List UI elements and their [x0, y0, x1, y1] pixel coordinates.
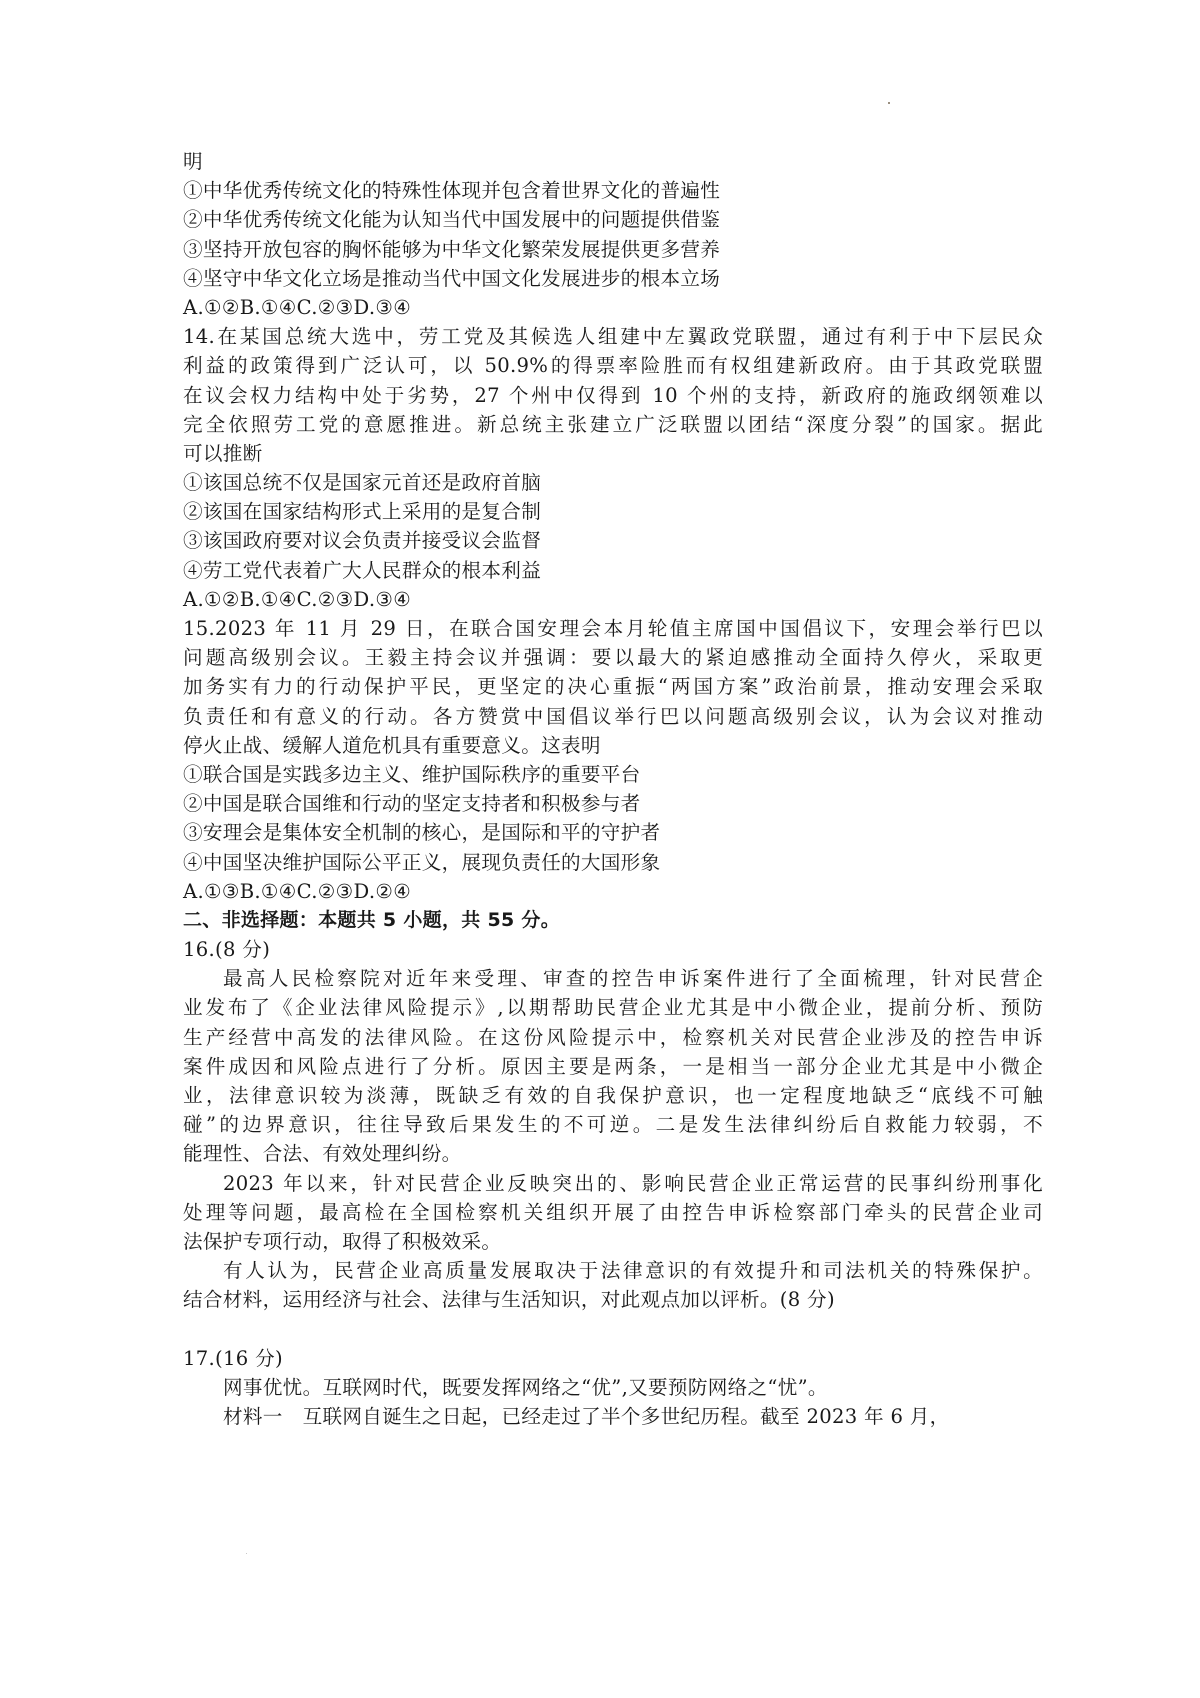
question-stem-end: 明	[183, 147, 1043, 176]
exam-page: 明 ①中华优秀传统文化的特殊性体现并包含着世界文化的普遍性 ②中华优秀传统文化能…	[183, 147, 1043, 1431]
paragraph-line: 有人认为，民营企业高质量发展取决于法律意识的有效提升和司法机关的特殊保护。	[183, 1256, 1043, 1285]
option-4: ④中国坚决维护国际公平正义，展现负责任的大国形象	[183, 848, 1043, 877]
answer-choices: A.①②B.①④C.②③D.③④	[183, 585, 1043, 614]
option-3: ③坚持开放包容的胸怀能够为中华文化繁荣发展提供更多营养	[183, 235, 1043, 264]
paragraph-line: 碰”的边界意识，往往导致后果发生的不可逆。二是发生法律纠纷后自救能力较弱，不	[183, 1110, 1043, 1139]
scan-speck	[888, 102, 890, 104]
question-label: 16.(8 分)	[183, 935, 1043, 964]
option-1: ①中华优秀传统文化的特殊性体现并包含着世界文化的普遍性	[183, 176, 1043, 205]
paragraph-line: 案件成因和风险点进行了分析。原因主要是两条，一是相当一部分企业尤其是中小微企	[183, 1052, 1043, 1081]
paragraph-line: 法保护专项行动，取得了积极效采。	[183, 1227, 1043, 1256]
question-14: 14.在某国总统大选中，劳工党及其候选人组建中左翼政党联盟，通过有利于中下层民众…	[183, 322, 1043, 614]
question-stem-line: 停火止战、缓解人道危机具有重要意义。这表明	[183, 731, 1043, 760]
paragraph-line: 最高人民检察院对近年来受理、审查的控告申诉案件进行了全面梳理，针对民营企	[183, 964, 1043, 993]
answer-choices: A.①②B.①④C.②③D.③④	[183, 293, 1043, 322]
paragraph-line: 能理性、合法、有效处理纠纷。	[183, 1139, 1043, 1168]
question-stem-line: 加务实有力的行动保护平民，更坚定的决心重振“两国方案”政治前景，推动安理会采取	[183, 672, 1043, 701]
option-3: ③该国政府要对议会负责并接受议会监督	[183, 526, 1043, 555]
section-heading: 二、非选择题：本题共 5 小题，共 55 分。	[183, 906, 1043, 935]
answer-choices: A.①③B.①④C.②③D.②④	[183, 877, 1043, 906]
question-stem-line: 15.2023 年 11 月 29 日，在联合国安理会本月轮值主席国中国倡议下，…	[183, 614, 1043, 643]
option-4: ④劳工党代表着广大人民群众的根本利益	[183, 556, 1043, 585]
option-1: ①联合国是实践多边主义、维护国际秩序的重要平台	[183, 760, 1043, 789]
option-3: ③安理会是集体安全机制的核心，是国际和平的守护者	[183, 818, 1043, 847]
paragraph-line: 生产经营中高发的法律风险。在这份风险提示中，检察机关对民营企业涉及的控告申诉	[183, 1023, 1043, 1052]
option-2: ②中华优秀传统文化能为认知当代中国发展中的问题提供借鉴	[183, 205, 1043, 234]
question-stem-line: 可以推断	[183, 439, 1043, 468]
option-1: ①该国总统不仅是国家元首还是政府首脑	[183, 468, 1043, 497]
option-2: ②该国在国家结构形式上采用的是复合制	[183, 497, 1043, 526]
question-16: 16.(8 分) 最高人民检察院对近年来受理、审查的控告申诉案件进行了全面梳理，…	[183, 935, 1043, 1314]
scan-speck	[246, 1553, 247, 1554]
question-stem-line: 完全依照劳工党的意愿推进。新总统主张建立广泛联盟以团结“深度分裂”的国家。据此	[183, 410, 1043, 439]
paragraph-line: 业发布了《企业法律风险提示》,以期帮助民营企业尤其是中小微企业，提前分析、预防	[183, 993, 1043, 1022]
paragraph-line: 结合材料，运用经济与社会、法律与生活知识，对此观点加以评析。(8 分)	[183, 1285, 1043, 1314]
paragraph-line: 2023 年以来，针对民营企业反映突出的、影响民营企业正常运营的民事纠纷刑事化	[183, 1169, 1043, 1198]
question-stem-line: 在议会权力结构中处于劣势，27 个州中仅得到 10 个州的支持，新政府的施政纲领…	[183, 381, 1043, 410]
spacer	[183, 1315, 1043, 1344]
paragraph-line: 网事优忧。互联网时代，既要发挥网络之“优”,又要预防网络之“忧”。	[183, 1373, 1043, 1402]
question-stem-line: 问题高级别会议。王毅主持会议并强调：要以最大的紧迫感推动全面持久停火，采取更	[183, 643, 1043, 672]
option-4: ④坚守中华文化立场是推动当代中国文化发展进步的根本立场	[183, 264, 1043, 293]
question-stem-line: 14.在某国总统大选中，劳工党及其候选人组建中左翼政党联盟，通过有利于中下层民众	[183, 322, 1043, 351]
question-stem-line: 利益的政策得到广泛认可，以 50.9%的得票率险胜而有权组建新政府。由于其政党联…	[183, 351, 1043, 380]
question-label: 17.(16 分)	[183, 1344, 1043, 1373]
question-13-tail: 明 ①中华优秀传统文化的特殊性体现并包含着世界文化的普遍性 ②中华优秀传统文化能…	[183, 147, 1043, 322]
option-2: ②中国是联合国维和行动的坚定支持者和积极参与者	[183, 789, 1043, 818]
question-15: 15.2023 年 11 月 29 日，在联合国安理会本月轮值主席国中国倡议下，…	[183, 614, 1043, 906]
paragraph-line: 处理等问题，最高检在全国检察机关组织开展了由控告申诉检察部门牵头的民营企业司	[183, 1198, 1043, 1227]
paragraph-line: 业，法律意识较为淡薄，既缺乏有效的自我保护意识，也一定程度地缺乏“底线不可触	[183, 1081, 1043, 1110]
material-line: 材料一 互联网自诞生之日起，已经走过了半个多世纪历程。截至 2023 年 6 月…	[183, 1402, 1043, 1431]
question-17: 17.(16 分) 网事优忧。互联网时代，既要发挥网络之“优”,又要预防网络之“…	[183, 1344, 1043, 1432]
question-stem-line: 负责任和有意义的行动。各方赞赏中国倡议举行巴以问题高级别会议，认为会议对推动	[183, 702, 1043, 731]
